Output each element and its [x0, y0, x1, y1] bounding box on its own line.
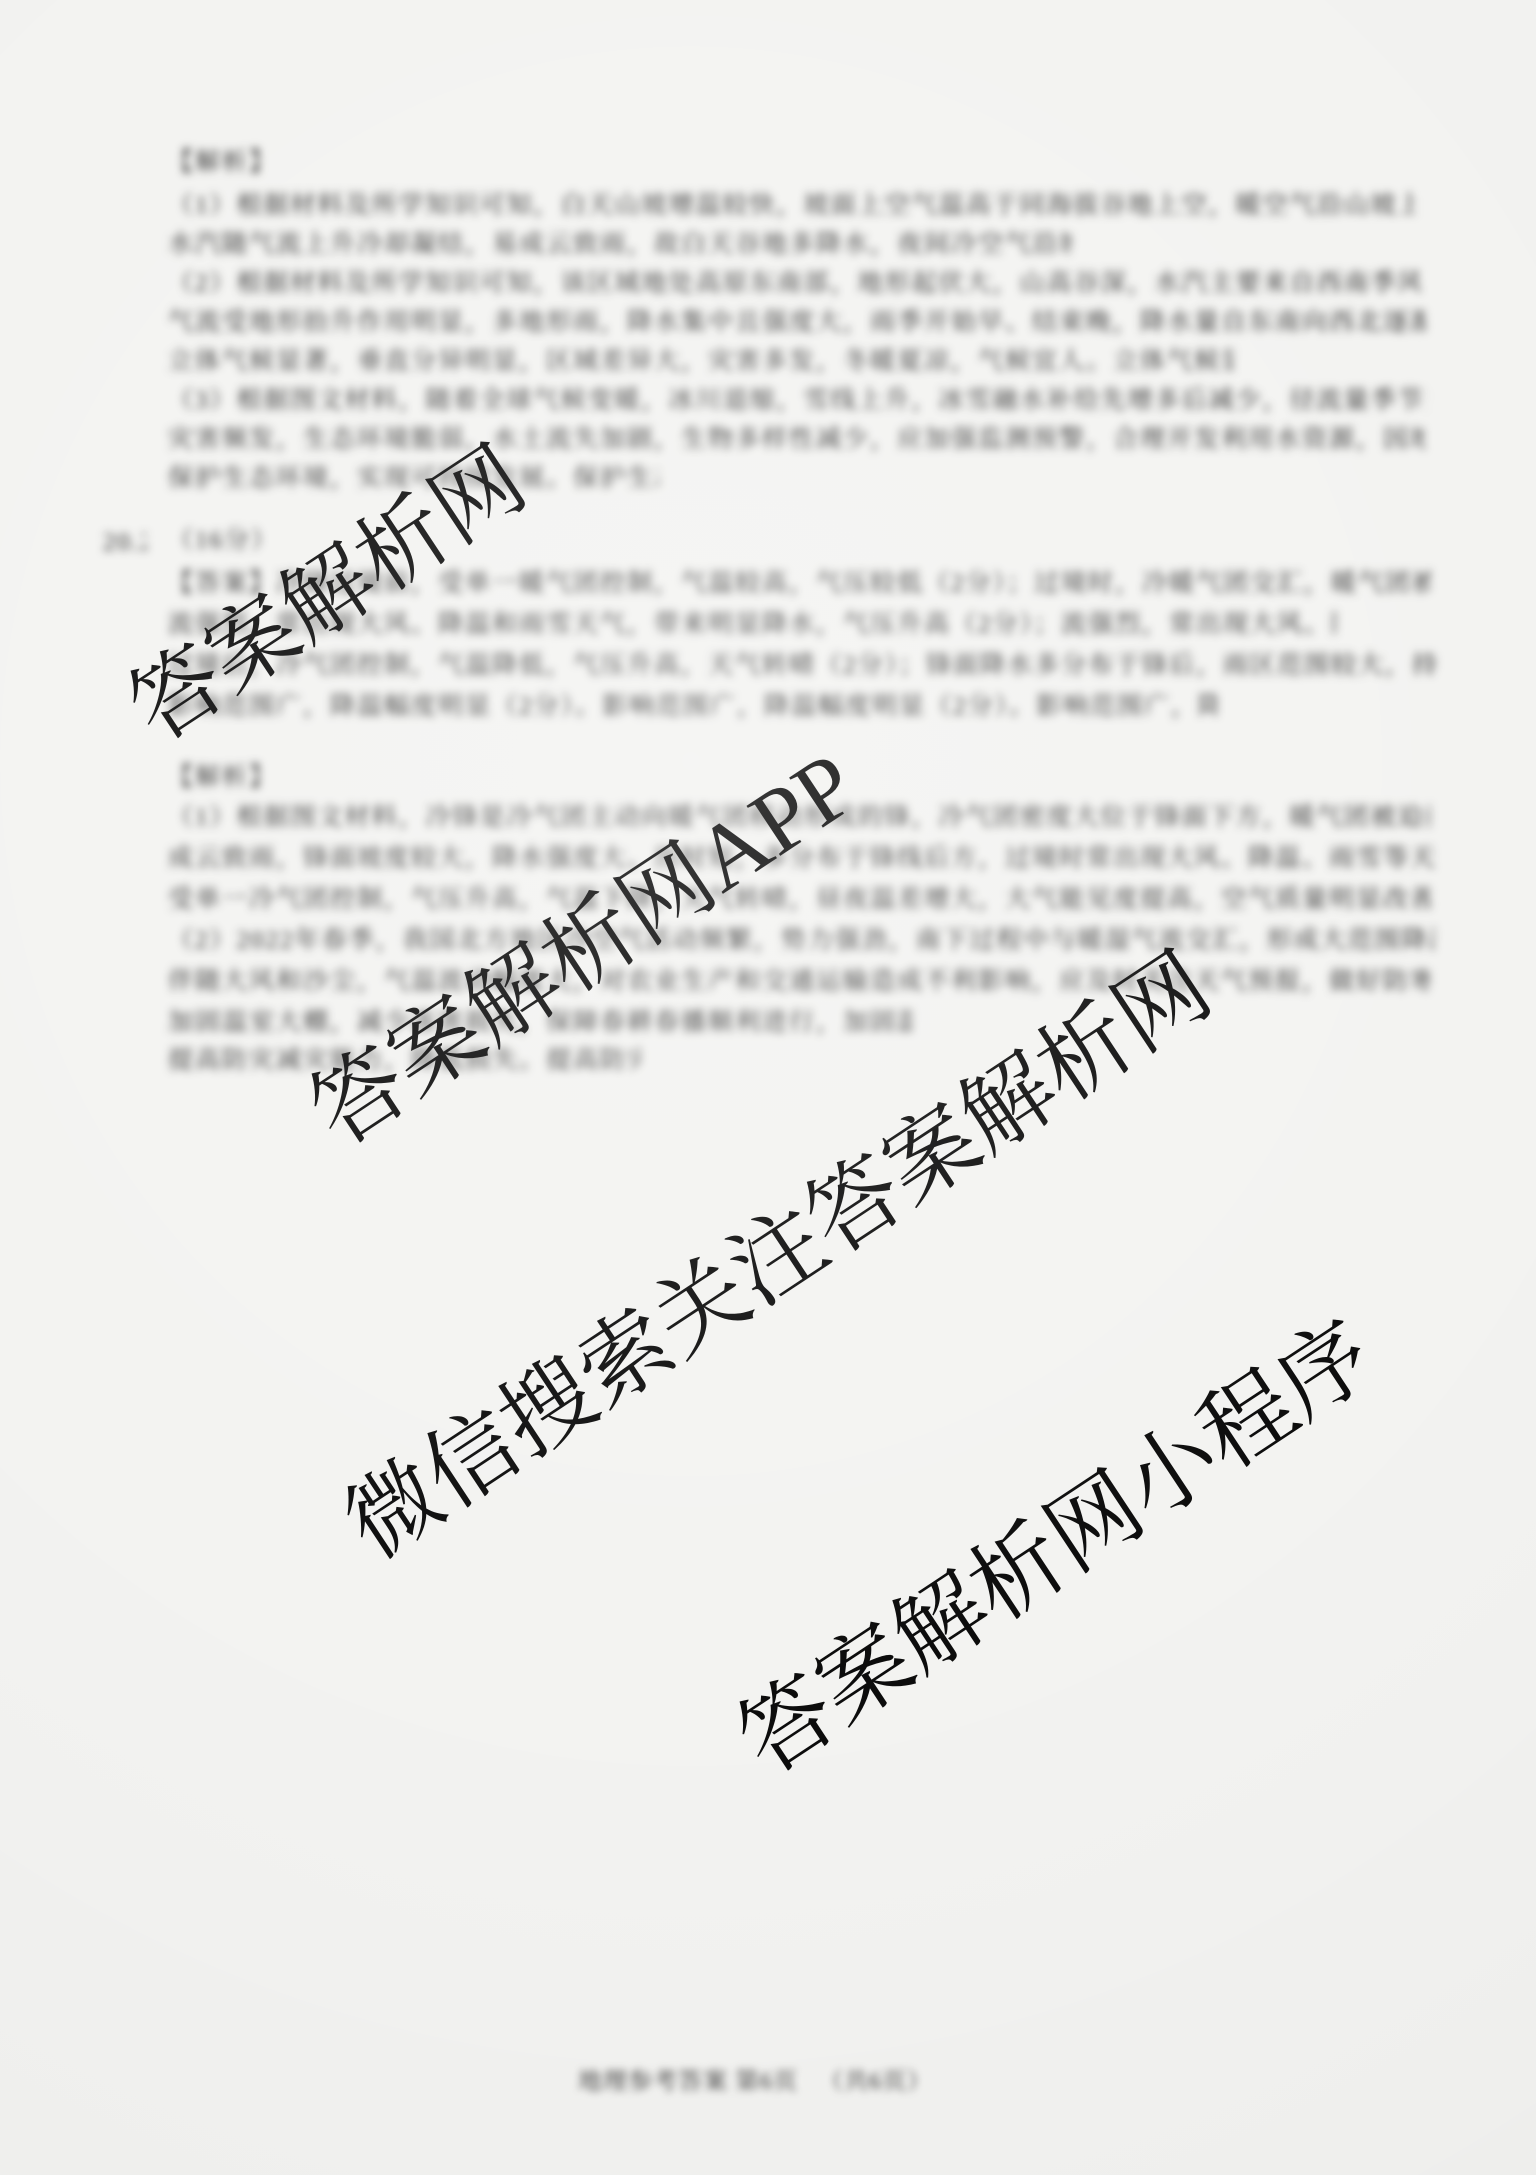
blurred-text-line: 气流受地形抬升作用明显，多地形雨，降水集中且强度大，雨季开始早、结束晚，降水量自…	[168, 307, 1426, 339]
blurred-text-line: （3）根据图文材料，随着全球气候变暖，冰川退缩，雪线上升，冰雪融水补给先增多后减…	[168, 385, 1427, 417]
page-footer-blurred: 地理参考答案 第6页 （共6页）	[578, 2066, 932, 2098]
blurred-text-line: 影响范围广，降温幅度明显（2分）。影响范围广，降温幅度明显（2分）。影响范围广，…	[168, 691, 1217, 723]
blurred-text-line: 伴随大风和沙尘，气温波动幅度大，对农业生产和交通运输造成不利影响，应及时关注天气…	[168, 966, 1430, 998]
blurred-text-line: 过境后，冷气团控制，气温降低，气压升高，天气转晴（2分）；锋面降水多分布于锋后，…	[168, 650, 1440, 682]
analysis-header-blurred: 【解析】【解析】【解析】	[168, 762, 272, 794]
blurred-text-line: 受单一冷气团控制，气压升高，气温下降，天气转晴，昼夜温差增大，大气能见度提高，空…	[168, 884, 1430, 916]
blurred-text-line: 立体气候显著，垂直分异明显，区域差异大，灾害多发，冬暖夏凉，气候宜人。立体气候显…	[168, 346, 1234, 378]
scanned-answer-page: 【解析】【解析】【解析】（1）根据材料及所学知识可知，白天山坡增温较快，坡面上空…	[0, 0, 1536, 2175]
blurred-text-line: （2）根据材料及所学知识可知，该区域地处高原东南部，地形起伏大，山高谷深，水汽主…	[168, 268, 1420, 300]
blurred-text-line: （1）根据材料及所学知识可知，白天山坡增温较快，坡面上空气温高于同海拔谷地上空，…	[168, 190, 1416, 222]
analysis-header-blurred: 【解析】【解析】【解析】	[168, 147, 272, 179]
question-score-blurred: （16分）（16分）（16分）	[168, 525, 280, 557]
blurred-text-line: 水汽随气流上升冷却凝结，易成云致雨，故白天谷地多降水，夜间冷空气沿坡面下沉，谷地…	[168, 229, 1071, 261]
watermark-mini-program: 答案解析网小程序	[724, 1306, 1389, 1789]
blurred-text-line: （2）2022年春季，我国北方地区冷空气活动频繁，势力强劲，南下过程中与暖湿气流…	[168, 925, 1435, 957]
question-number-blurred: 20.20.20.	[103, 527, 147, 559]
blurred-text-line: 灾害频发，生态环境脆弱，水土流失加剧，生物多样性减少，应加强监测预警，合理开发利…	[168, 424, 1425, 456]
